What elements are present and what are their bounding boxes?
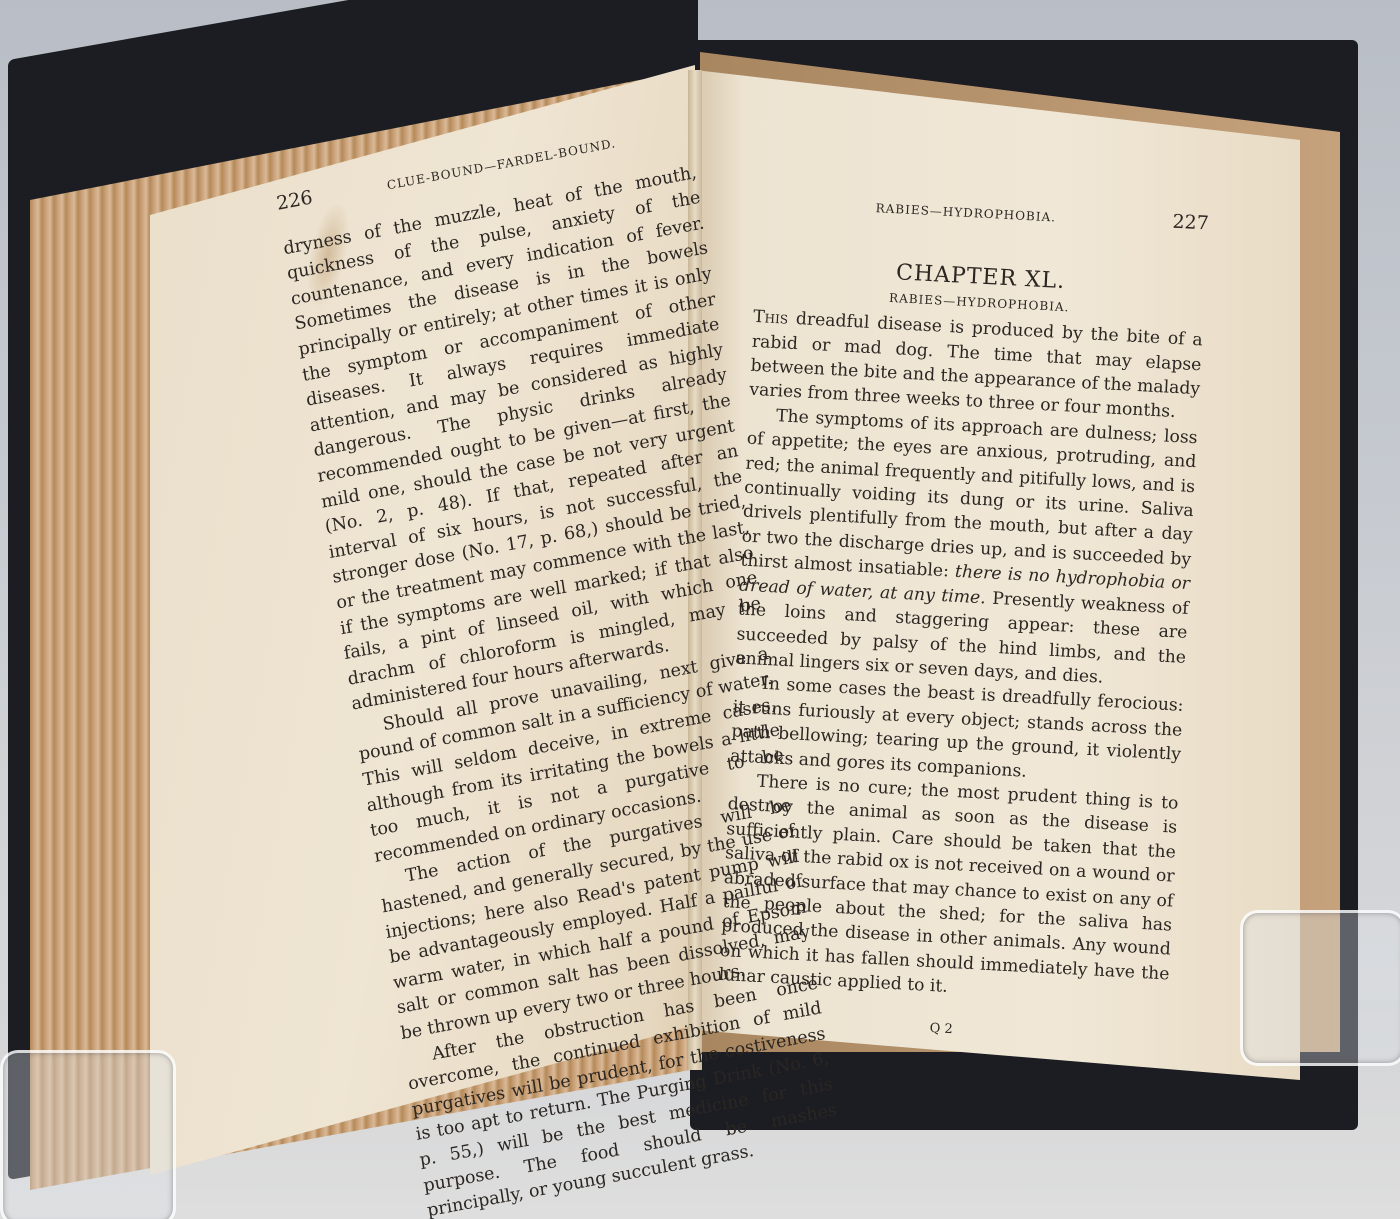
right-running-head: RABIES—HYDROPHOBIA. <box>875 196 1057 230</box>
acrylic-stand-right <box>1240 910 1400 1066</box>
acrylic-stand-left <box>0 1050 176 1219</box>
paragraph-text: The symptoms of its approach are dulness… <box>740 406 1198 582</box>
right-page-text: RABIES—HYDROPHOBIA. 227 CHAPTER XL. RABI… <box>716 188 1210 1053</box>
left-page-number: 226 <box>275 185 314 217</box>
first-word: This <box>753 307 789 329</box>
right-page-number: 227 <box>1172 210 1209 236</box>
right-paragraph: The symptoms of its approach are dulness… <box>735 403 1198 695</box>
right-paragraph: There is no cure; the most prudent thing… <box>718 768 1179 1011</box>
left-paragraph: dryness of the muzzle, heat of the mouth… <box>282 161 767 719</box>
